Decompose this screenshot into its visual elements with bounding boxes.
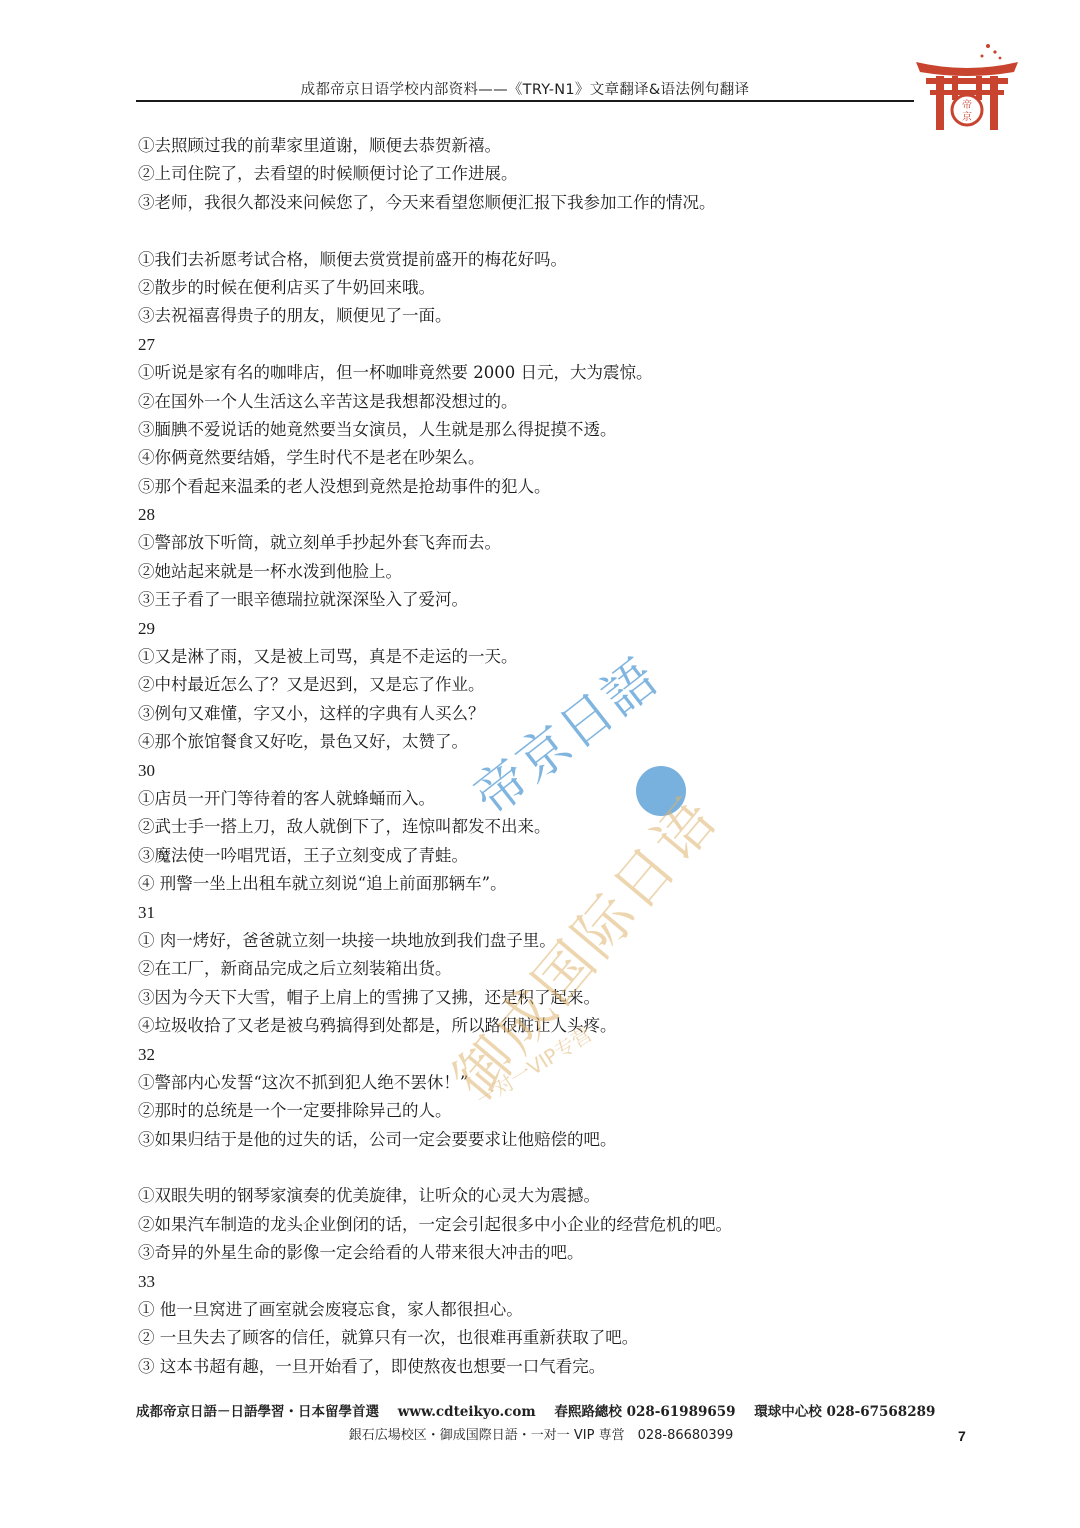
sentence: ③因为今天下大雪，帽子上肩上的雪拂了又拂，还是积了起来。 (138, 984, 898, 1012)
sentence: ③王子看了一眼辛德瑞拉就深深坠入了爱河。 (138, 586, 898, 614)
sentence: ①我们去祈愿考试合格，顺便去赏赏提前盛开的梅花好吗。 (138, 246, 898, 274)
spacer (138, 217, 898, 245)
spacer (138, 1154, 898, 1182)
sentence: ④ 刑警一坐上出租车就立刻说“追上前面那辆车”。 (138, 870, 898, 898)
section-number: 32 (138, 1041, 898, 1069)
sentence: ③魔法使一吟唱咒语，王子立刻变成了青蛙。 (138, 842, 898, 870)
footer-website-link[interactable]: www.cdteikyo.com (398, 1404, 536, 1420)
section-block: ①双眼失明的钢琴家演奏的优美旋律，让听众的心灵大为震撼。 ②如果汽车制造的龙头企… (138, 1182, 898, 1267)
sentence: ④那个旅馆餐食又好吃，景色又好，太赞了。 (138, 728, 898, 756)
sentence: ②中村最近怎么了？又是迟到，又是忘了作业。 (138, 671, 898, 699)
sentence: ②在国外一个人生活这么辛苦这是我想都没想过的。 (138, 388, 898, 416)
sentence: ③去祝福喜得贵子的朋友，顺便见了一面。 (138, 302, 898, 330)
footer-campus-line: 銀石広場校区・御成国際日語・一对一 VIP 専営 028-86680399 (136, 1424, 946, 1443)
sentence: ②在工厂，新商品完成之后立刻装箱出货。 (138, 955, 898, 983)
document-title: 成都帝京日语学校内部资料——《TRY-N1》文章翻译&语法例句翻译 (136, 78, 914, 99)
sentence: ②武士手一搭上刀，敌人就倒下了，连惊叫都发不出来。 (138, 813, 898, 841)
sentence: ①店员一开门等待着的客人就蜂蛹而入。 (138, 785, 898, 813)
sentence: ①去照顾过我的前辈家里道谢，顺便去恭贺新禧。 (138, 132, 898, 160)
section-33: 33 ① 他一旦窝进了画室就会废寝忘食，家人都很担心。 ② 一旦失去了顾客的信任… (138, 1268, 898, 1382)
section-block: ①我们去祈愿考试合格，顺便去赏赏提前盛开的梅花好吗。 ②散步的时候在便利店买了牛… (138, 246, 898, 331)
section-30: 30 ①店员一开门等待着的客人就蜂蛹而入。 ②武士手一搭上刀，敌人就倒下了，连惊… (138, 757, 898, 899)
svg-text:京: 京 (962, 110, 972, 123)
sentence: ②散步的时候在便利店买了牛奶回来哦。 (138, 274, 898, 302)
sentence: ⑤那个看起来温柔的老人没想到竟然是抢劫事件的犯人。 (138, 473, 898, 501)
section-28: 28 ①警部放下听筒，就立刻单手抄起外套飞奔而去。 ②她站起来就是一杯水泼到他脸… (138, 501, 898, 615)
section-block: ①去照顾过我的前辈家里道谢，顺便去恭贺新禧。 ②上司住院了，去看望的时候顺便讨论… (138, 132, 898, 217)
footer-contact-line: 成都帝京日語－日語學習・日本留學首選 www.cdteikyo.com 春熙路總… (136, 1400, 946, 1420)
sentence: ④你俩竟然要结婚，学生时代不是老在吵架么。 (138, 444, 898, 472)
section-29: 29 ①又是淋了雨，又是被上司骂，真是不走运的一天。 ②中村最近怎么了？又是迟到… (138, 615, 898, 757)
page-footer: 成都帝京日語－日語學習・日本留學首選 www.cdteikyo.com 春熙路總… (136, 1400, 946, 1443)
section-number: 29 (138, 615, 898, 643)
footer-campus-1: 春熙路總校 028-61989659 (554, 1404, 735, 1420)
sentence: ③例句又难懂，字又小，这样的字典有人买么？ (138, 700, 898, 728)
sentence: ②她站起来就是一杯水泼到他脸上。 (138, 558, 898, 586)
sentence: ① 他一旦窝进了画室就会废寝忘食，家人都很担心。 (138, 1296, 898, 1324)
section-number: 27 (138, 331, 898, 359)
sentence: ①听说是家有名的咖啡店，但一杯咖啡竟然要 2000 日元，大为震惊。 (138, 359, 898, 387)
sentence: ④垃圾收拾了又老是被乌鸦搞得到处都是，所以路很脏让人头疼。 (138, 1012, 898, 1040)
footer-campus-2: 環球中心校 028-67568289 (754, 1404, 935, 1420)
page-number: 7 (958, 1428, 966, 1444)
sentence: ③老师，我很久都没来问候您了，今天来看望您顺便汇报下我参加工作的情况。 (138, 189, 898, 217)
sentence: ①警部放下听筒，就立刻单手抄起外套飞奔而去。 (138, 529, 898, 557)
torii-logo-icon: 帝 京 (912, 40, 1022, 132)
section-number: 31 (138, 899, 898, 927)
section-number: 30 (138, 757, 898, 785)
section-31: 31 ① 肉一烤好，爸爸就立刻一块接一块地放到我们盘子里。 ②在工厂，新商品完成… (138, 899, 898, 1041)
sentence: ③腼腆不爱说话的她竟然要当女演员，人生就是那么得捉摸不透。 (138, 416, 898, 444)
sentence: ①双眼失明的钢琴家演奏的优美旋律，让听众的心灵大为震撼。 (138, 1182, 898, 1210)
sentence: ①又是淋了雨，又是被上司骂，真是不走运的一天。 (138, 643, 898, 671)
header-divider (136, 100, 914, 102)
translation-content: ①去照顾过我的前辈家里道谢，顺便去恭贺新禧。 ②上司住院了，去看望的时候顺便讨论… (138, 132, 898, 1381)
sentence: ③奇异的外星生命的影像一定会给看的人带来很大冲击的吧。 (138, 1239, 898, 1267)
sentence: ③如果归结于是他的过失的话，公司一定会要要求让他赔偿的吧。 (138, 1126, 898, 1154)
section-number: 33 (138, 1268, 898, 1296)
section-27: 27 ①听说是家有名的咖啡店，但一杯咖啡竟然要 2000 日元，大为震惊。 ②在… (138, 331, 898, 501)
sentence: ②那时的总统是一个一定要排除异己的人。 (138, 1097, 898, 1125)
section-number: 28 (138, 501, 898, 529)
section-32: 32 ①警部内心发誓“这次不抓到犯人绝不罢休！” ②那时的总统是一个一定要排除异… (138, 1041, 898, 1155)
sentence: ②上司住院了，去看望的时候顺便讨论了工作进展。 (138, 160, 898, 188)
sentence: ① 肉一烤好，爸爸就立刻一块接一块地放到我们盘子里。 (138, 927, 898, 955)
sentence: ①警部内心发誓“这次不抓到犯人绝不罢休！” (138, 1069, 898, 1097)
svg-text:帝: 帝 (962, 98, 972, 111)
page-header: 成都帝京日语学校内部资料——《TRY-N1》文章翻译&语法例句翻译 (136, 72, 914, 102)
sentence: ③ 这本书超有趣，一旦开始看了，即使熬夜也想要一口气看完。 (138, 1353, 898, 1381)
sentence: ②如果汽车制造的龙头企业倒闭的话，一定会引起很多中小企业的经营危机的吧。 (138, 1211, 898, 1239)
sentence: ② 一旦失去了顾客的信任，就算只有一次，也很难再重新获取了吧。 (138, 1324, 898, 1352)
footer-slogan: 成都帝京日語－日語學習・日本留學首選 (136, 1404, 379, 1420)
